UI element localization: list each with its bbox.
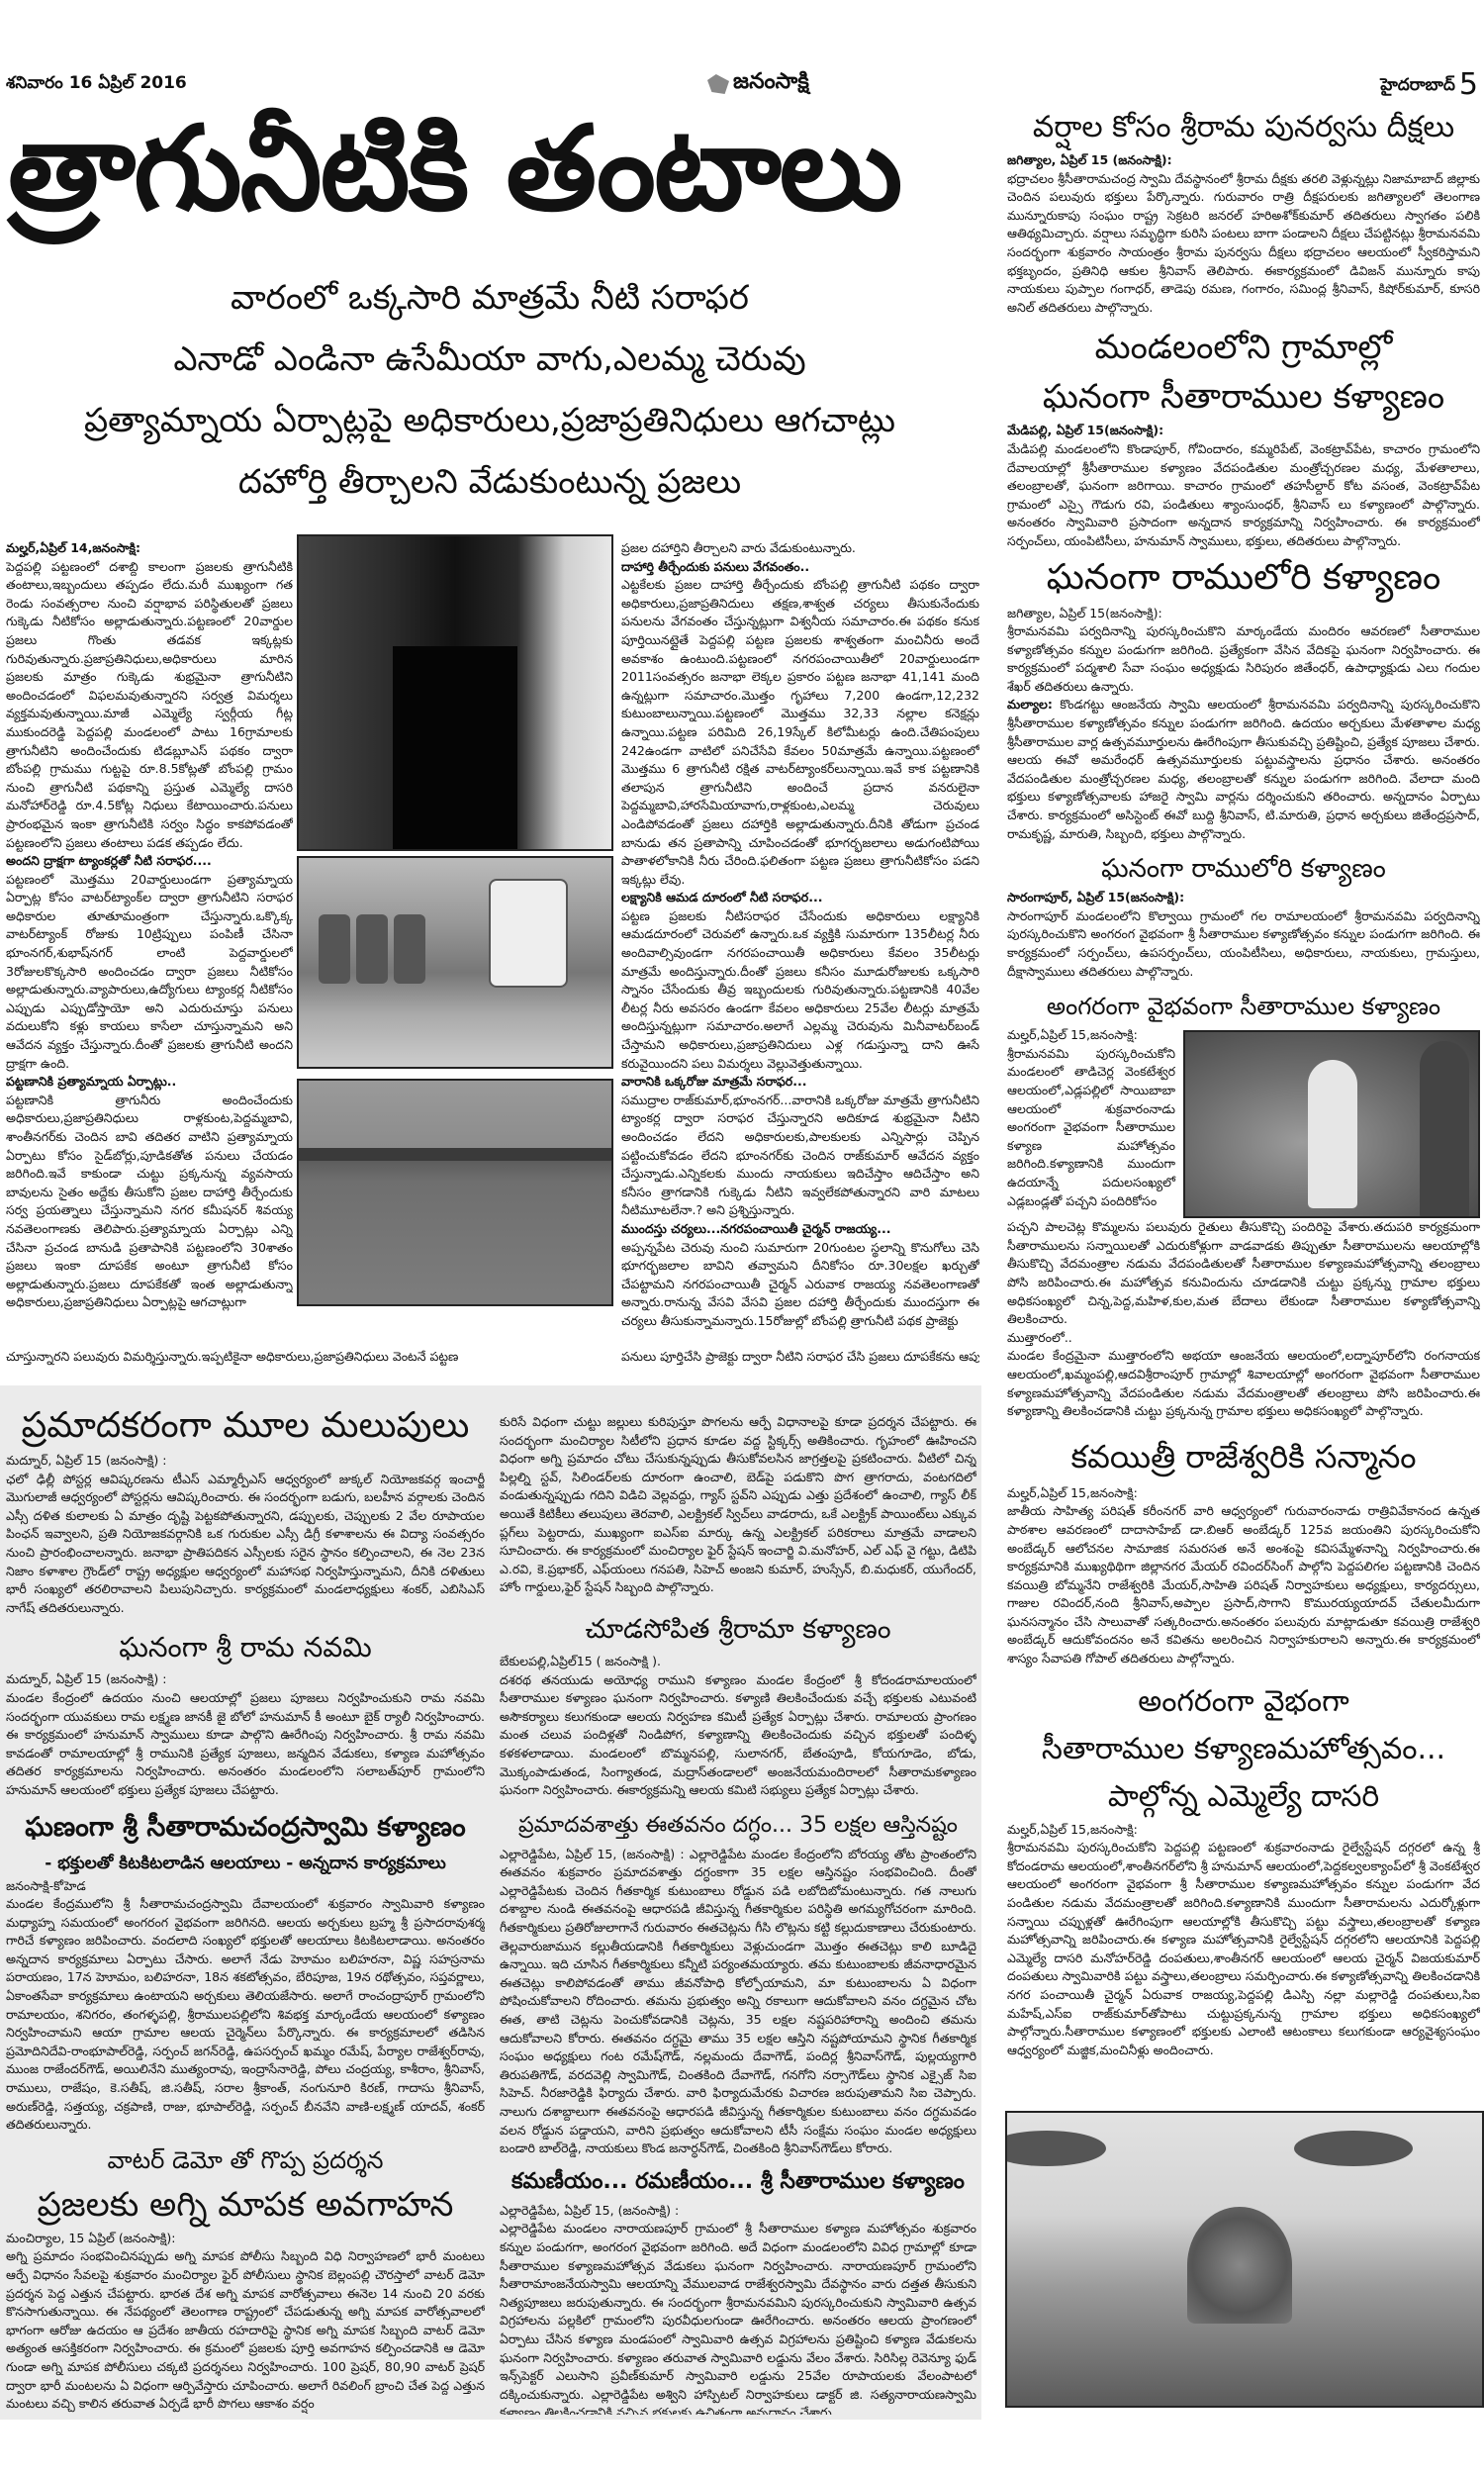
location-lead: మల్యాల:	[1007, 697, 1053, 712]
article-headline: సీతారాముల కళ్యాణమహోత్సవం...	[1007, 1726, 1480, 1773]
article-body: కొండగట్టు ఆంజనేయ స్వామి ఆలయంలో శ్రీరామనవ…	[1007, 697, 1480, 840]
priest-figure	[1308, 1060, 1357, 1208]
dateline: మల్హర్,ఏప్రిల్ 14,జనంసాక్షి:	[6, 539, 293, 558]
lead-column-3: ప్రజల దహార్తిని తీర్చాలని వారు వేడుకుంటు…	[621, 539, 979, 1351]
article-body: సముద్రాల రాజ్‌కుమార్,భూంనగర్...వారానికి …	[621, 1092, 979, 1220]
article-headline: మండలంలోని గ్రామాల్లో	[1007, 323, 1480, 372]
newspaper-page: శనివారం 16 ఏప్రిల్ 2016 జనంసాక్షి హైదరాబ…	[0, 0, 1484, 2474]
edition: హైదరాబాద్5	[1380, 67, 1478, 102]
article-body: సారంగాపూర్ మండలంలోని కొల్వాయి గ్రామంలో గ…	[1007, 907, 1480, 981]
article-body: భద్రాచలం శ్రీసీతారామచంద్ర స్వామి దేవస్థా…	[1007, 170, 1480, 318]
article-headline: ఘనంగా రాములోరి కళ్యాణం	[1007, 551, 1480, 605]
subhead: దాహార్తి తీర్చేందుకు పనులు వేగవంతం..	[621, 558, 979, 577]
dateline: మల్హర్,ఏప్రిల్ 15,జనంసాక్షి:	[1007, 1026, 1175, 1045]
lead-headline: త్రాగునీటికి తంటాలు	[8, 99, 977, 238]
page-number: 5	[1459, 67, 1478, 102]
article-body: పట్టణానికి త్రాగునీరు అందించేందుకు అధికా…	[6, 1092, 293, 1312]
dateline: జగిత్యాల, ఏప్రిల్ 15 (జనంసాక్షి):	[1007, 151, 1480, 170]
temple-crowd-photo	[1183, 1030, 1480, 1218]
canopy	[1294, 2131, 1413, 2166]
article-body: కురిసే విధంగా చుట్టు జల్లులు కురిపుస్తూ …	[500, 1413, 976, 1597]
newspaper-logo: జనంసాక్షి	[707, 69, 809, 99]
person-figure	[1420, 1041, 1469, 1218]
dateline: జగిత్యాల, ఏప్రిల్ 15(జనంసాక్షి):	[1007, 605, 1480, 623]
article-headline: కమణీయం... రమణీయం... శ్రీ సీతారాముల కళ్యా…	[500, 2162, 976, 2202]
dateline: మంచిర్యాల, 15 ఏప్రిల్ (జనంసాక్షి):	[6, 2230, 485, 2248]
article-headline: ఘనంగా సీతారాముల కళ్యాణం	[1007, 372, 1480, 422]
edition-city: హైదరాబాద్	[1380, 75, 1455, 95]
canopy	[1005, 2131, 1106, 2166]
article-headline: ఘనంగా శ్రీ రామ నవమి	[6, 1625, 485, 1670]
article-headline: వర్షాల కోసం శ్రీరామ పునర్వసు దీక్షలు	[1007, 104, 1480, 151]
dateline: జనంసాక్షి-కోహెడ	[6, 1877, 485, 1896]
dateline: మల్హర్,ఏప్రిల్ 15,జనంసాక్షి:	[1007, 1821, 1480, 1840]
well-photo	[297, 534, 613, 851]
article-body: ఎల్లారెడ్డిపేట మండలం నారాయణపూర్ గ్రామంలో…	[500, 2220, 976, 2415]
article-headline: ప్రజలకు అగ్ని మాపక అవగాహన	[6, 2180, 485, 2230]
subhead: అందని ద్రాక్షగా ట్యాంకర్లతో నీటి సరాఫర..…	[6, 852, 293, 871]
logo-text: జనంసాక్షి	[733, 69, 809, 99]
grey-right-column: కురిసే విధంగా చుట్టు జల్లులు కురిపుస్తూ …	[500, 1413, 976, 2415]
article-body: శ్రీరామనవమి పర్వదినాన్ని పురస్కరించుకొని…	[1007, 622, 1480, 696]
article-body: ప్రజల దహార్తిని తీర్చాలని వారు వేడుకుంటు…	[621, 539, 979, 558]
subhead: లక్ష్యానికి ఆమడ దూరంలో నీటి సరాఫర...	[621, 889, 979, 907]
dateline: మేడిపల్లి, ఏప్రిల్ 15(జనంసాక్షి):	[1007, 422, 1480, 440]
article-headline: ఘనంగా రాములోరి కళ్యాణం	[1007, 849, 1480, 889]
article-headline: అంగరంగా వైభవంగా సీతారాముల కళ్యాణం	[1007, 987, 1480, 1026]
article-headline: వాటర్ డెమో తో గొప్ప ప్రదర్శన	[6, 2141, 485, 2180]
water-tanker-photo	[297, 856, 613, 1069]
article-body: శ్రీరామనవమి పురస్కరించుకోని పెద్దపల్లి ప…	[1007, 1839, 1480, 2059]
subhead: పట్టణానికి ప్రత్యామ్నాయ ఏర్పాట్లు..	[6, 1073, 293, 1092]
subhead: ముందస్తు చర్యలు...నగరపంచాయితీ చైర్మన్ రా…	[621, 1220, 979, 1239]
article-body: అప్పన్నపేట చెరువు నుంచి సుమారుగా 20గుంటల…	[621, 1239, 979, 1331]
lead-tail-right: పనులు పూర్తిచేసి ప్రాజెక్టు ద్వారా నీటిన…	[621, 1348, 979, 1367]
deck-line: వారంలో ఒక్కసారి మాత్రమే నీటి సరాఫర	[0, 267, 979, 329]
tanker-truck	[489, 879, 568, 988]
article-body: ఛలో ఢిల్లీ పోస్టర్ల ఆవిష్కరణను టీఎస్ ఎమ్…	[6, 1471, 485, 1618]
dry-lakebed-photo	[297, 1079, 613, 1306]
article-body: ఎల్లారెడ్డిపేట, ఏప్రిల్ 15, (జనంసాక్షి) …	[500, 1846, 976, 2158]
article-body: శ్రీరామనవమి పురస్కరించుకోని మండలంలో తాడి…	[1007, 1045, 1175, 1210]
article-body: పట్టణంలో మొత్తము 20వార్డులుండగా ప్రత్యామ…	[6, 871, 293, 1074]
article-body: మండల కేంద్రములోని శ్రీ సీతారామచంద్రస్వామ…	[6, 1895, 485, 2135]
lead-column-1: మల్హర్,ఏప్రిల్ 14,జనంసాక్షి: పెద్దపల్లి …	[6, 539, 293, 1366]
article-headline: ప్రమాదకరంగా మూల మలుపులు	[6, 1400, 485, 1452]
article-body: జాతీయ సాహిత్య పరిషత్ కరీంనగర్ వారి ఆధ్వర…	[1007, 1502, 1480, 1667]
article-body: పచ్చని పాలచెట్ల కొమ్మలను పలువురు రైతులు …	[1007, 1218, 1480, 1329]
dateline: ఎల్లారెడ్డిపేట, ఏప్రిల్ 15, (జనంసాక్షి) …	[500, 2202, 976, 2221]
article-headline: పాల్గోన్న ఎమ్మెల్యే దాసరి	[1007, 1773, 1480, 1821]
dateline: మల్హర్,ఏప్రిల్ 15,జనంసాక్షి:	[1007, 1484, 1480, 1503]
article-body: పట్టణ ప్రజలకు నీటిసరాఫర చేసేందుకు అధికార…	[621, 907, 979, 1073]
water-drum	[356, 914, 388, 984]
article-body: ఎట్టకేలకు ప్రజల దాహార్తి తీర్చేందుకు బోం…	[621, 576, 979, 889]
article-body: అగ్ని ప్రమాదం సంభవించినప్పుడు అగ్ని మాపక…	[6, 2247, 485, 2413]
article-body: మండల కేంద్రమైనా ముత్తారంలోని అభయా ఆంజనేయ…	[1007, 1347, 1480, 1420]
article-headline: ఘణంగా శ్రీ సీతారామచంద్రస్వామి కళ్యాణం	[6, 1806, 485, 1850]
subhead: ముత్తారంలో..	[1007, 1329, 1480, 1348]
lead-decks: వారంలో ఒక్కసారి మాత్రమే నీటి సరాఫర ఎనాడో…	[0, 267, 979, 513]
right-column: వర్షాల కోసం శ్రీరామ పునర్వసు దీక్షలు జగి…	[1007, 104, 1480, 2073]
lead-tail-left: చూస్తున్నారని పలువురు విమర్శిస్తున్నారు.…	[6, 1348, 600, 1367]
horizon-treeline	[299, 1148, 611, 1162]
article-headline: చూడసోపిత శ్రీరామా కళ్యాణం	[500, 1607, 976, 1653]
dateline: సారంగాపూర్, ఏప్రిల్ 15(జనంసాక్షి):	[1007, 889, 1480, 907]
article-body: దశరథ తనయుడు అయోధ్య రాముని కళ్యాణం మండల క…	[500, 1671, 976, 1800]
grey-left-column: ప్రమాదకరంగా మూల మలుపులు మద్నూర్, ఏప్రిల్…	[6, 1400, 485, 2415]
article-body: మేడిపల్లి మండలంలోని కొండాపూర్, గోవిందారం…	[1007, 440, 1480, 551]
article-headline: ప్రమాదవశాత్తు ఈతవనం దగ్ధం... 35 లక్షల ఆస…	[500, 1806, 976, 1846]
masthead: శనివారం 16 ఏప్రిల్ 2016 జనంసాక్షి హైదరాబ…	[0, 67, 1484, 101]
article-subheadline: - భక్తులతో కిటకిటలాడిన ఆలయాలు - అన్నదాన …	[6, 1850, 485, 1877]
deck-line: ఎనాడో ఎండినా ఉసేమీయా వాగు,ఎలమ్మ చెరువు	[0, 329, 979, 390]
water-drum	[319, 914, 350, 984]
article-body: పెద్దపల్లి పట్టణంలో దశాబ్ది కాలంగా ప్రజల…	[6, 558, 293, 853]
dateline: బేకులపల్లి,ఏప్రిల్15 ( జనంసాక్షి ).	[500, 1653, 976, 1671]
dateline: మద్నూర్, ఏప్రిల్ 15 (జనంసాక్షి) :	[6, 1452, 485, 1471]
kalyanam-ceremony-photo	[1005, 2111, 1484, 2408]
article-headline: కవయిత్రీ రాజేశ్వరికి సన్మానం	[1007, 1429, 1480, 1484]
deck-line: ప్రత్యామ్నాయ ఏర్పాట్లపై అధికారులు,ప్రజాప…	[0, 390, 979, 451]
telangana-map-icon	[707, 74, 729, 94]
deity-idol	[1187, 2207, 1292, 2324]
issue-date: శనివారం 16 ఏప్రిల్ 2016	[6, 73, 187, 97]
article-headline: అంగరంగా వైభంగా	[1007, 1678, 1480, 1726]
deck-line: దహోర్తి తీర్చాలని వేడుకుంటున్న ప్రజలు	[0, 451, 979, 513]
article-body: మండల కేంద్రంలో ఉదయం నుంచి ఆలయాల్లో ప్రజల…	[6, 1689, 485, 1800]
subhead: వారానికి ఒక్కరోజు మాత్రమే సరాఫర...	[621, 1073, 979, 1092]
water-drum	[394, 914, 425, 984]
dateline: మద్నూర్, ఏప్రిల్ 15 (జనంసాక్షి) :	[6, 1670, 485, 1689]
